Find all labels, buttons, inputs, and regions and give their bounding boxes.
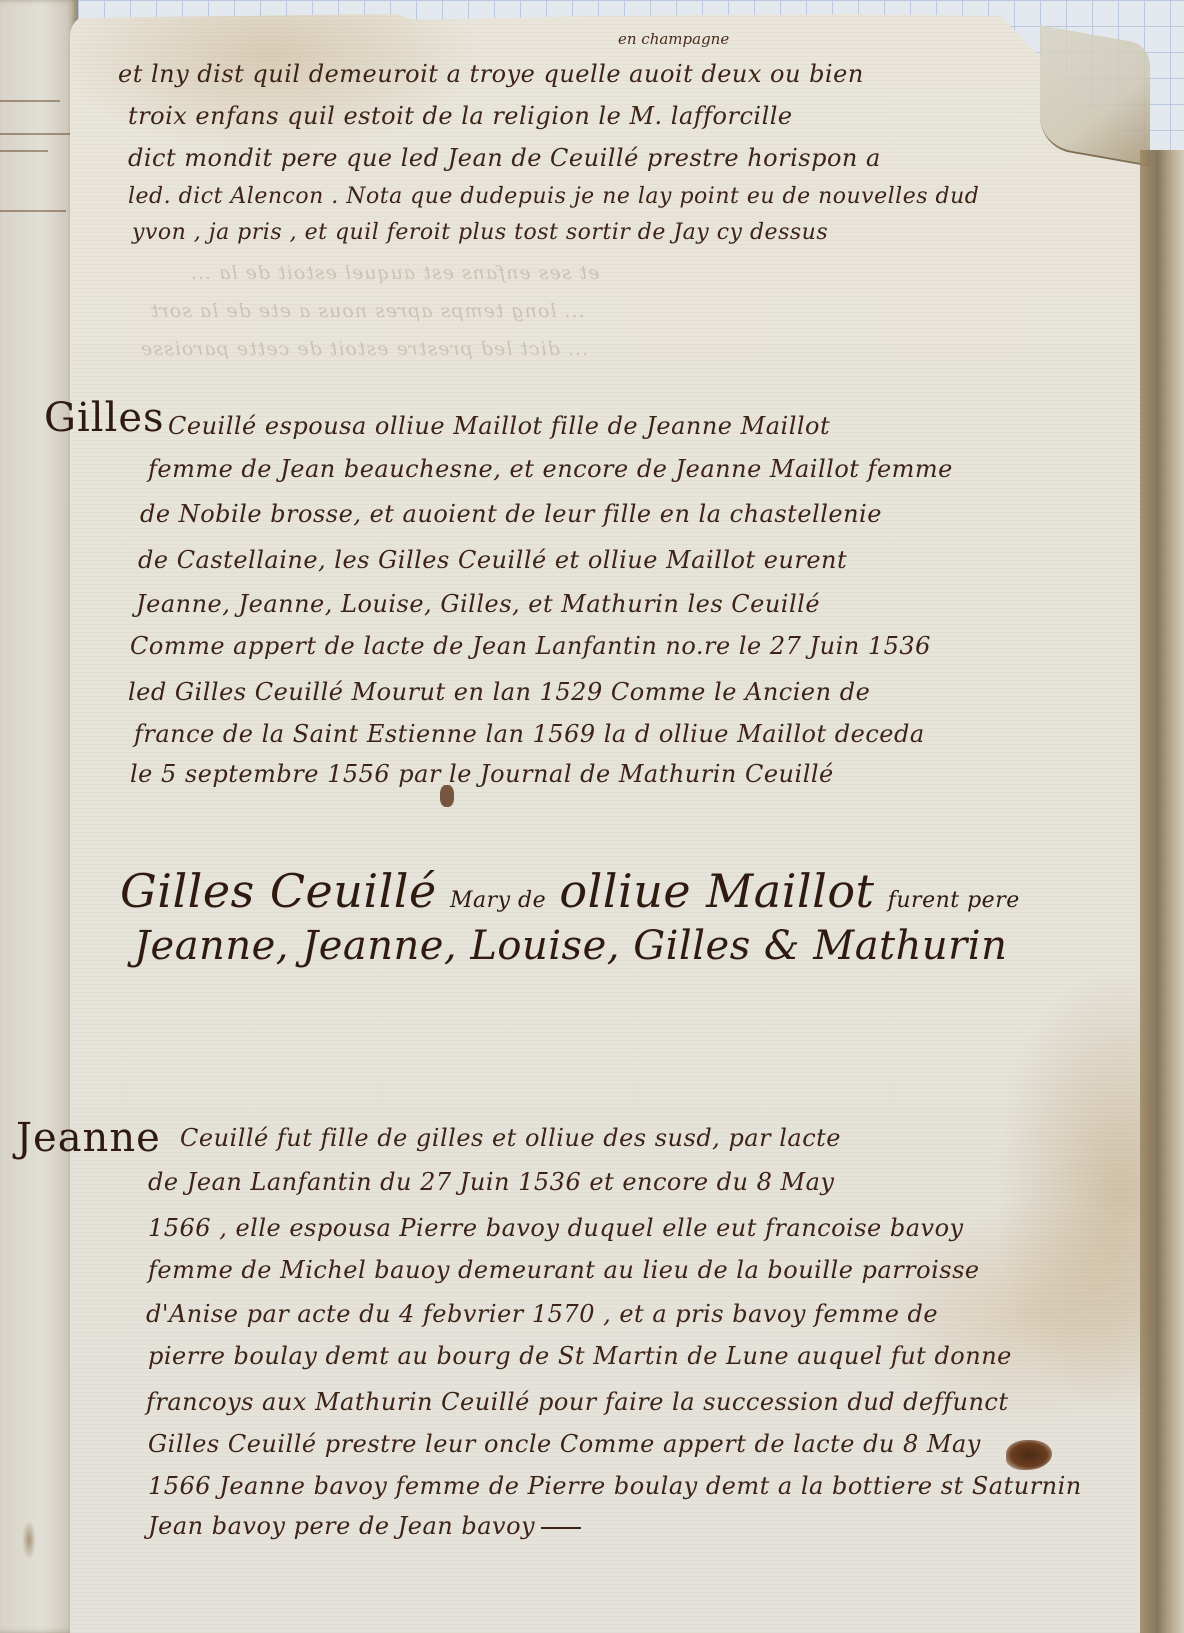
manuscript-line: 1566 Jeanne bavoy femme de Pierre boulay… <box>148 1474 1082 1498</box>
manuscript-line: yvon , ja pris , et quil feroit plus tos… <box>132 222 828 244</box>
left-page-ink-rule <box>0 100 60 102</box>
connector-text: Mary de <box>450 888 546 913</box>
bleed-through-line: ... dict led prestre estoit de cette par… <box>140 338 588 360</box>
children-line: Jeanne, Jeanne, Louise, Gilles & Mathuri… <box>134 926 1007 966</box>
manuscript-line: Comme appert de lacte de Jean Lanfantin … <box>130 634 931 658</box>
interlinear-insertion: en champagne <box>618 30 729 48</box>
bleed-through-line: et ses enfans est auquel estoit de la ..… <box>190 262 599 284</box>
manuscript-line: de Nobile brosse, et auoient de leur fil… <box>140 502 882 526</box>
manuscript-line: Ceuillé espousa olliue Maillot fille de … <box>168 414 830 438</box>
manuscript-line: Jeanne, Jeanne, Louise, Gilles, et Mathu… <box>136 592 820 616</box>
left-page-ink-rule <box>0 133 70 135</box>
manuscript-line: et lny dist quil demeuroit a troye quell… <box>118 62 864 86</box>
spine-tear <box>22 1520 36 1560</box>
manuscript-line: led. dict Alencon . Nota que dudepuis je… <box>128 186 979 208</box>
left-page-ink-rule <box>0 210 66 212</box>
left-page-ink-rule <box>0 150 48 152</box>
manuscript-line: le 5 septembre 1556 par le Journal de Ma… <box>130 762 834 786</box>
manuscript-line: d'Anise par acte du 4 febvrier 1570 , et… <box>146 1302 938 1326</box>
damaged-right-edge <box>1140 150 1184 1633</box>
suffix-text: furent pere <box>888 888 1020 913</box>
manuscript-line: de Jean Lanfantin du 27 Juin 1536 et enc… <box>148 1170 834 1194</box>
manuscript-line: 1566 , elle espousa Pierre bavoy duquel … <box>148 1216 964 1240</box>
husband-name: Gilles Ceuillé <box>120 864 437 918</box>
manuscript-line: dict mondit pere que led Jean de Ceuillé… <box>128 146 881 170</box>
entry-heading-gilles: Gilles <box>44 398 165 438</box>
manuscript-line: francoys aux Mathurin Ceuillé pour faire… <box>146 1390 1009 1414</box>
manuscript-line: Jean bavoy pere de Jean bavoy <box>148 1514 581 1538</box>
manuscript-line: pierre boulay demt au bourg de St Martin… <box>148 1344 1012 1368</box>
manuscript-line: Ceuillé fut fille de gilles et olliue de… <box>180 1126 841 1150</box>
manuscript-line: femme de Jean beauchesne, et encore de J… <box>148 457 953 481</box>
family-heading-line: Gilles Ceuillé Mary de olliue Maillot fu… <box>120 868 1020 914</box>
manuscript-line-text: Jean bavoy pere de Jean bavoy <box>148 1512 535 1540</box>
manuscript-line: Gilles Ceuillé prestre leur oncle Comme … <box>148 1432 981 1456</box>
manuscript-line: troix enfans quil estoit de la religion … <box>128 104 793 128</box>
manuscript-line: de Castellaine, les Gilles Ceuillé et ol… <box>138 548 847 572</box>
photo-stage: et ses enfans est auquel estoit de la ..… <box>0 0 1184 1633</box>
left-facing-page <box>0 0 78 1633</box>
manuscript-line: femme de Michel bauoy demeurant au lieu … <box>148 1258 980 1282</box>
line-end-dash <box>541 1527 581 1529</box>
manuscript-line: led Gilles Ceuillé Mourut en lan 1529 Co… <box>128 680 870 704</box>
bleed-through-line: ... long temps apres nous a ete de la so… <box>150 300 585 322</box>
entry-heading-jeanne: Jeanne <box>16 1118 161 1158</box>
wife-name: olliue Maillot <box>559 864 874 918</box>
manuscript-line: france de la Saint Estienne lan 1569 la … <box>134 722 925 746</box>
folded-corner <box>1040 25 1150 166</box>
ink-smudge <box>440 785 454 807</box>
